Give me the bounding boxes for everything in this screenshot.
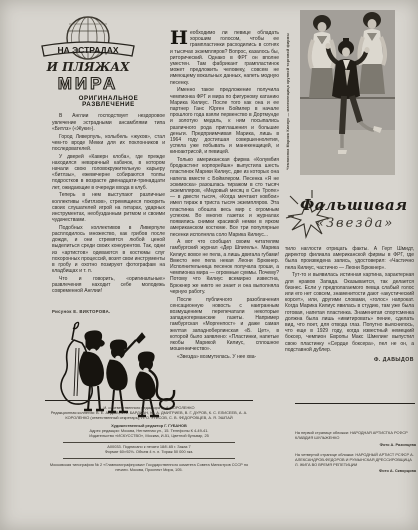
magazine-page: НА ЭСТРАДАХ И ПЛЯЖАХ МИРА ОРИГИНАЛЬНОЕ Р… (0, 0, 418, 530)
script-title-line1: Фальшивая (300, 196, 408, 214)
article1-paragraph: Что и говорить, «оригинальные» развлечен… (52, 276, 165, 295)
masthead: НА ЭСТРАДАХ И ПЛЯЖАХ МИРА (36, 12, 140, 94)
article1-paragraph: Теперь в нем выступают различные коллект… (52, 192, 165, 223)
article2-paragraph: «Звезда» возмутилась. У нее хва- (170, 354, 279, 360)
article2-paragraph: тило наглости отрицать факты. А Герт Шми… (285, 246, 414, 271)
imprint-block: И. о. ответственного редактора А. А. КОР… (45, 405, 253, 476)
cover-notes-rule (295, 403, 415, 404)
script-title-block: Фальшивая «Звезда» (282, 188, 418, 244)
cover-note-front: На первой странице обложки: НАРОДНАЯ АРТ… (295, 430, 416, 440)
imprint-top-rule (45, 400, 253, 401)
article-fake-star-col2: Необходимо ли певице обладать хорошим го… (170, 30, 279, 362)
imprint-divider (63, 442, 235, 443)
photo-marika-kilius-image (300, 10, 395, 175)
article1-paragraph: В Англии господствует нездоровое увлечен… (52, 113, 165, 132)
masthead-banner-text: НА ЭСТРАДАХ (57, 45, 118, 55)
masthead-line2: И ПЛЯЖАХ (46, 60, 131, 74)
dropcap-letter: Н (170, 30, 188, 46)
imprint-format: Формат 60×92⅛. Объем 4 п. л. Тираж 50 00… (45, 449, 253, 454)
cover-notes-block: На первой странице обложки: НАРОДНАЯ АРТ… (295, 430, 416, 478)
script-title-line2: «Звезда» (316, 216, 394, 231)
imprint-divider (63, 458, 235, 459)
globe-logo-icon: НА ЭСТРАДАХ И ПЛЯЖАХ МИРА (36, 12, 140, 94)
article1-paragraph: Подобных коллективов в Ливерпуле расплод… (52, 225, 165, 275)
imprint-printer: Московская типография № 2 «Главполиграфп… (45, 462, 253, 472)
article1-paragraph: У дверей «Каверн клоба», где прежде нахо… (52, 154, 165, 191)
masthead-line3: МИРА (58, 74, 119, 93)
photo-caption: Чемпионка Марика Килиус — манекенщица кр… (286, 12, 291, 170)
article2-paragraph: Тут-то и выявилась истинная картина, хар… (285, 272, 414, 353)
article1-title: ОРИГИНАЛЬНОЕ РАЗВЛЕЧЕНИЕ (52, 96, 165, 108)
article2-paragraph: После публичного разоблачения сенсационн… (170, 297, 279, 353)
article1-paragraph: Город Ливерпуль, колыбель «жуков», стал … (52, 134, 165, 153)
cover-note-back-credit: Фото А. Скворцова (295, 468, 416, 473)
article-fake-star-col3: тило наглости отрицать факты. А Герт Шми… (285, 246, 414, 363)
article2-paragraph: Именно такое предложение получила чемпио… (170, 87, 279, 155)
imprint-publisher: Издательство «ИСКУССТВО», Москва, И-51, … (45, 433, 253, 438)
cover-note-front-credit: Фото А. Разинцева (295, 442, 416, 447)
article2-author: Ф. ДАВЫДОВ (285, 357, 414, 363)
article-original-entertainment: ОРИГИНАЛЬНОЕ РАЗВЛЕЧЕНИЕ В Англии господ… (52, 96, 165, 296)
drawing-credit: Рисунок Е. ВИКТОРОВА. (52, 309, 111, 314)
article2-paragraph: Только американская фирма «Колумбия брод… (170, 157, 279, 238)
imprint-board: Редакционная коллегия: В. Е. АРДОВ, Ф. Г… (45, 410, 253, 420)
cover-note-back: На четвертой странице обложки: НАРОДНЫЙ … (295, 452, 416, 467)
photo-marika-kilius (300, 10, 395, 175)
article2-paragraph: А вот что сообщил своим читателям гамбур… (170, 239, 279, 295)
article2-lead-paragraph: Необходимо ли певице обладать хорошим го… (170, 30, 279, 86)
